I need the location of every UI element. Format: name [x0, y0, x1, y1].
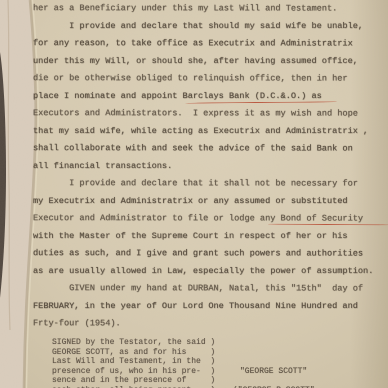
body-line: under this my Will, or should she, after… — [33, 56, 358, 66]
attestation-line: GEORGE SCOTT, as and for his ) — [52, 348, 215, 357]
scanned-will-page: her as a Beneficiary under this my Last … — [0, 0, 388, 388]
body-line: I provide and declare that should my sai… — [33, 21, 363, 31]
body-line: for any reason, to take office as Execut… — [33, 38, 353, 48]
attestation-line: sence and in the presence of ) — [52, 376, 215, 385]
attestation-line: Last Will and Testament, in the ) — [52, 357, 215, 366]
body-line: place I nominate and appoint Barclays Ba… — [33, 91, 322, 101]
red-underline-bond-of-security — [268, 224, 388, 226]
body-line: Frty-four (1954). — [33, 318, 121, 328]
testator-signature: "GEORGE SCOTT" — [240, 367, 307, 376]
body-line: as are usually allowed in Law, especiall… — [33, 266, 373, 276]
attestation-line: SIGNED by the Testator, the said ) — [52, 338, 215, 347]
attestation-line: presence of us, who in his pre- ) — [52, 367, 215, 376]
body-line: that my said wife, while acting as Execu… — [33, 126, 368, 136]
body-line: die or be otherwise obliged to relinquis… — [33, 73, 348, 83]
body-line: Executors and Administrators. I express … — [33, 108, 358, 118]
body-line: GIVEN under my hand at DURBAN, Natal, th… — [33, 283, 363, 293]
body-line: shall collaborate with and seek the advi… — [33, 143, 353, 153]
body-line: with the Master of the Supreme Court in … — [33, 231, 348, 241]
body-line: Executor and Administrator to file or lo… — [33, 213, 363, 223]
body-line: I provide and declare that it shall not … — [33, 178, 358, 188]
body-line: my Executrix and Administratrix or any a… — [33, 196, 348, 206]
typewritten-text-layer: her as a Beneficiary under this my Last … — [0, 0, 388, 388]
body-line: FEBRUARY, in the year of Our Lord One Th… — [33, 301, 358, 311]
red-underline-barclays-bank — [185, 101, 337, 103]
body-line: duties as such, and I give and grant suc… — [33, 248, 363, 258]
body-line: all financial transactions. — [33, 161, 172, 171]
body-line: her as a Beneficiary under this my Last … — [33, 3, 337, 13]
